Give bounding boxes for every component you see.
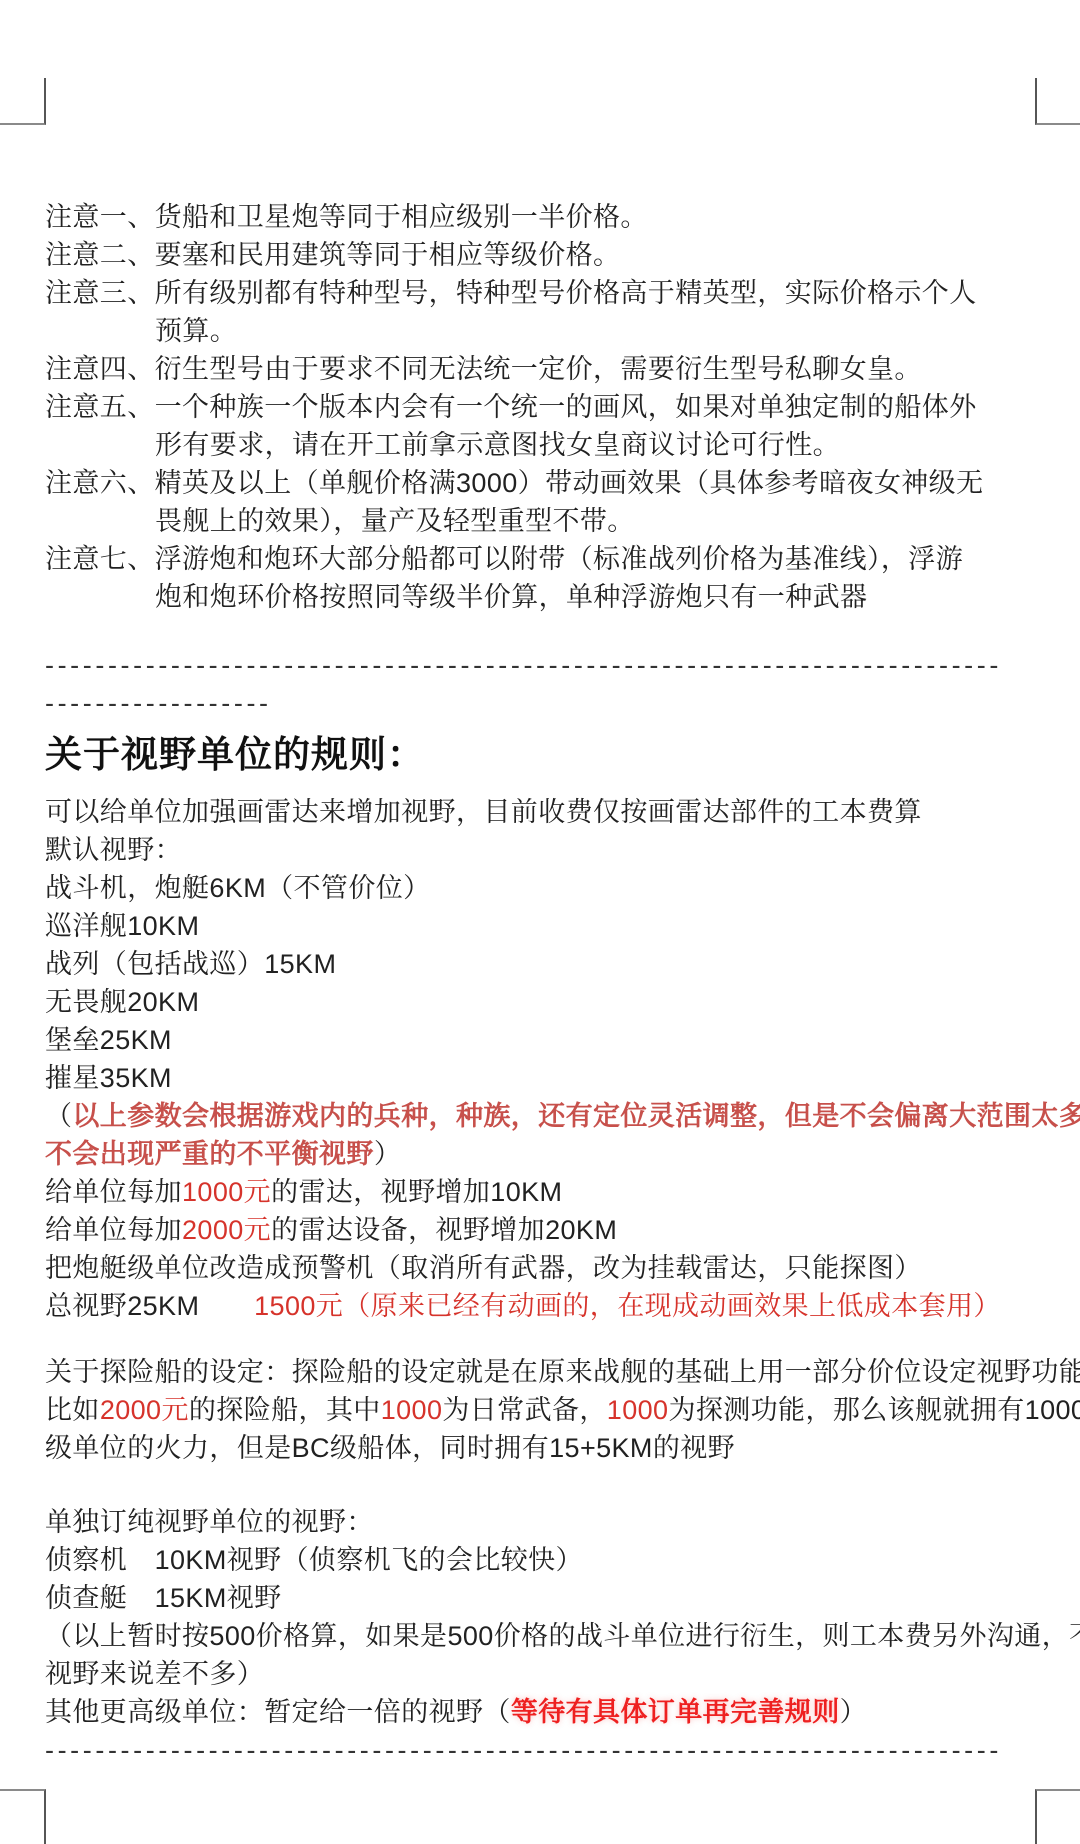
text-run: 可以给单位加强画雷达来增加视野，目前收费仅按画雷达部件的工本费算 xyxy=(45,797,922,827)
note-line: 注意七、浮游炮和炮环大部分船都可以附带（标准战列价格为基准线），浮游 xyxy=(45,540,1055,578)
document-page: 注意一、货船和卫星炮等同于相应级别一半价格。注意二、要塞和民用建筑等同于相应等级… xyxy=(0,0,1080,1844)
separator-dashes: ------------------ xyxy=(45,684,1055,722)
text-run: 把炮艇级单位改造成预警机（取消所有武器，改为挂载雷达，只能探图） xyxy=(45,1253,922,1283)
body-line: 战斗机，炮艇6KM（不管价位） xyxy=(45,869,1055,907)
text-run: 注意四、衍生型号由于要求不同无法统一定价，需要衍生型号私聊女皇。 xyxy=(45,354,922,384)
body-line: 其他更高级单位：暂定给一倍的视野（等待有具体订单再完善规则） xyxy=(45,1693,1055,1731)
text-run: 的雷达设备，视野增加20KM xyxy=(271,1215,617,1245)
text-run: （ xyxy=(45,1101,72,1131)
text-run: 预算。 xyxy=(155,316,237,346)
body-line: 给单位每加1000元的雷达，视野增加10KM xyxy=(45,1173,1055,1211)
text-run: 等待有具体订单再完善规则 xyxy=(511,1697,840,1727)
body-line: 巡洋舰10KM xyxy=(45,907,1055,945)
note-line-cont: 预算。 xyxy=(45,312,1055,350)
text-run: 默认视野： xyxy=(45,835,182,865)
note-line: 注意四、衍生型号由于要求不同无法统一定价，需要衍生型号私聊女皇。 xyxy=(45,350,1055,388)
text-run: 比如 xyxy=(45,1395,100,1425)
text-run: 总视野25KM xyxy=(45,1291,254,1321)
text-run: ----------------------------------------… xyxy=(45,650,1002,680)
body-line: 无畏舰20KM xyxy=(45,983,1055,1021)
separator-dashes: ----------------------------------------… xyxy=(45,646,1055,684)
section-heading: 关于视野单位的规则： xyxy=(45,729,1055,781)
note-line: 注意三、所有级别都有特种型号，特种型号价格高于精英型，实际价格示个人 xyxy=(45,274,1055,312)
crop-mark-top-right-icon xyxy=(1035,78,1080,125)
text-run: 巡洋舰10KM xyxy=(45,911,199,941)
text-run: 给单位每加 xyxy=(45,1177,182,1207)
separator-dashes: ----------------------------------------… xyxy=(45,1731,1055,1769)
body-line: 默认视野： xyxy=(45,831,1055,869)
body-line: 可以给单位加强画雷达来增加视野，目前收费仅按画雷达部件的工本费算 xyxy=(45,793,1055,831)
text-run: （以上暂时按500价格算，如果是500价格的战斗单位进行衍生，则工本费另外沟通，… xyxy=(45,1621,1080,1651)
text-run: 1500元（原来已经有动画的，在现成动画效果上低成本套用） xyxy=(254,1291,1001,1321)
text-run: 其他更高级单位：暂定给一倍的视野（ xyxy=(45,1697,511,1727)
crop-mark-bottom-left-icon xyxy=(0,1789,46,1844)
text-run: 2000元 xyxy=(182,1215,271,1245)
crop-mark-top-left-icon xyxy=(0,78,46,125)
text-run: 侦查艇 15KM视野 xyxy=(45,1583,282,1613)
text-run: 关于视野单位的规则： xyxy=(45,734,425,775)
text-run: 注意一、货船和卫星炮等同于相应级别一半价格。 xyxy=(45,202,648,232)
note-line-cont: 炮和炮环价格按照同等级半价算，单种浮游炮只有一种武器 xyxy=(45,578,1055,616)
text-run: 1000 xyxy=(607,1395,669,1425)
body-line: 摧星35KM xyxy=(45,1059,1055,1097)
document-content: 注意一、货船和卫星炮等同于相应级别一半价格。注意二、要塞和民用建筑等同于相应等级… xyxy=(45,198,1055,1769)
text-run: 注意七、浮游炮和炮环大部分船都可以附带（标准战列价格为基准线），浮游 xyxy=(45,544,963,574)
text-run: ------------------ xyxy=(45,688,272,718)
body-line: 视野来说差不多） xyxy=(45,1655,1055,1693)
body-line: 堡垒25KM xyxy=(45,1021,1055,1059)
text-run: 为日常武备， xyxy=(442,1395,606,1425)
text-run: 炮和炮环价格按照同等级半价算，单种浮游炮只有一种武器 xyxy=(155,582,867,612)
note-line: 注意一、货船和卫星炮等同于相应级别一半价格。 xyxy=(45,198,1055,236)
text-run: ） xyxy=(840,1697,867,1727)
text-run: 2000元 xyxy=(100,1395,189,1425)
text-run: 1000元 xyxy=(182,1177,271,1207)
text-run: 级单位的火力，但是BC级船体，同时拥有15+5KM的视野 xyxy=(45,1433,735,1463)
text-run: 无畏舰20KM xyxy=(45,987,199,1017)
body-line: 比如2000元的探险船，其中1000为日常武备，1000为探测功能，那么该舰就拥… xyxy=(45,1391,1055,1429)
text-run: 以上参数会根据游戏内的兵种，种族，还有定位灵活调整，但是不会偏离大范围太多， xyxy=(72,1101,1080,1131)
text-run: 注意六、精英及以上（单舰价格满3000）带动画效果（具体参考暗夜女神级无 xyxy=(45,468,983,498)
body-line: 单独订纯视野单位的视野： xyxy=(45,1503,1055,1541)
body-line: 级单位的火力，但是BC级船体，同时拥有15+5KM的视野 xyxy=(45,1429,1055,1467)
text-run: 注意五、一个种族一个版本内会有一个统一的画风，如果对单独定制的船体外 xyxy=(45,392,977,422)
text-run: 注意三、所有级别都有特种型号，特种型号价格高于精英型，实际价格示个人 xyxy=(45,278,977,308)
text-run: 单独订纯视野单位的视野： xyxy=(45,1507,374,1537)
body-line: 战列（包括战巡）15KM xyxy=(45,945,1055,983)
body-line: 侦查艇 15KM视野 xyxy=(45,1579,1055,1617)
text-run: 给单位每加 xyxy=(45,1215,182,1245)
body-line: （以上参数会根据游戏内的兵种，种族，还有定位灵活调整，但是不会偏离大范围太多， xyxy=(45,1097,1055,1135)
text-run: ----------------------------------------… xyxy=(45,1735,1002,1765)
note-line-cont: 畏舰上的效果），量产及轻型重型不带。 xyxy=(45,502,1055,540)
text-run: 为探测功能，那么该舰就拥有1000元 xyxy=(668,1395,1080,1425)
body-line: （以上暂时按500价格算，如果是500价格的战斗单位进行衍生，则工本费另外沟通，… xyxy=(45,1617,1055,1655)
text-run: 关于探险船的设定：探险船的设定就是在原来战舰的基础上用一部分价位设定视野功能 xyxy=(45,1357,1080,1387)
text-run: 1000 xyxy=(381,1395,443,1425)
note-line: 注意五、一个种族一个版本内会有一个统一的画风，如果对单独定制的船体外 xyxy=(45,388,1055,426)
text-run: 侦察机 10KM视野（侦察机飞的会比较快） xyxy=(45,1545,583,1575)
text-run: 的探险船，其中 xyxy=(189,1395,381,1425)
note-line: 注意六、精英及以上（单舰价格满3000）带动画效果（具体参考暗夜女神级无 xyxy=(45,464,1055,502)
text-run: 视野来说差不多） xyxy=(45,1659,264,1689)
text-run: 畏舰上的效果），量产及轻型重型不带。 xyxy=(155,506,635,536)
body-line: 总视野25KM 1500元（原来已经有动画的，在现成动画效果上低成本套用） xyxy=(45,1287,1055,1325)
crop-mark-bottom-right-icon xyxy=(1035,1789,1080,1844)
text-run: 摧星35KM xyxy=(45,1063,172,1093)
text-run: 不会出现严重的不平衡视野 xyxy=(45,1139,374,1169)
body-line: 把炮艇级单位改造成预警机（取消所有武器，改为挂载雷达，只能探图） xyxy=(45,1249,1055,1287)
body-line: 侦察机 10KM视野（侦察机飞的会比较快） xyxy=(45,1541,1055,1579)
text-run: 堡垒25KM xyxy=(45,1025,172,1055)
body-line: 不会出现严重的不平衡视野） xyxy=(45,1135,1055,1173)
text-run: 战斗机，炮艇6KM（不管价位） xyxy=(45,873,431,903)
body-line: 给单位每加2000元的雷达设备，视野增加20KM xyxy=(45,1211,1055,1249)
text-run: 注意二、要塞和民用建筑等同于相应等级价格。 xyxy=(45,240,620,270)
note-line: 注意二、要塞和民用建筑等同于相应等级价格。 xyxy=(45,236,1055,274)
body-line: 关于探险船的设定：探险船的设定就是在原来战舰的基础上用一部分价位设定视野功能 xyxy=(45,1353,1055,1391)
text-run: 的雷达，视野增加10KM xyxy=(271,1177,562,1207)
text-run: 形有要求，请在开工前拿示意图找女皇商议讨论可行性。 xyxy=(155,430,840,460)
text-run: 战列（包括战巡）15KM xyxy=(45,949,336,979)
note-line-cont: 形有要求，请在开工前拿示意图找女皇商议讨论可行性。 xyxy=(45,426,1055,464)
text-run: ） xyxy=(374,1139,401,1169)
